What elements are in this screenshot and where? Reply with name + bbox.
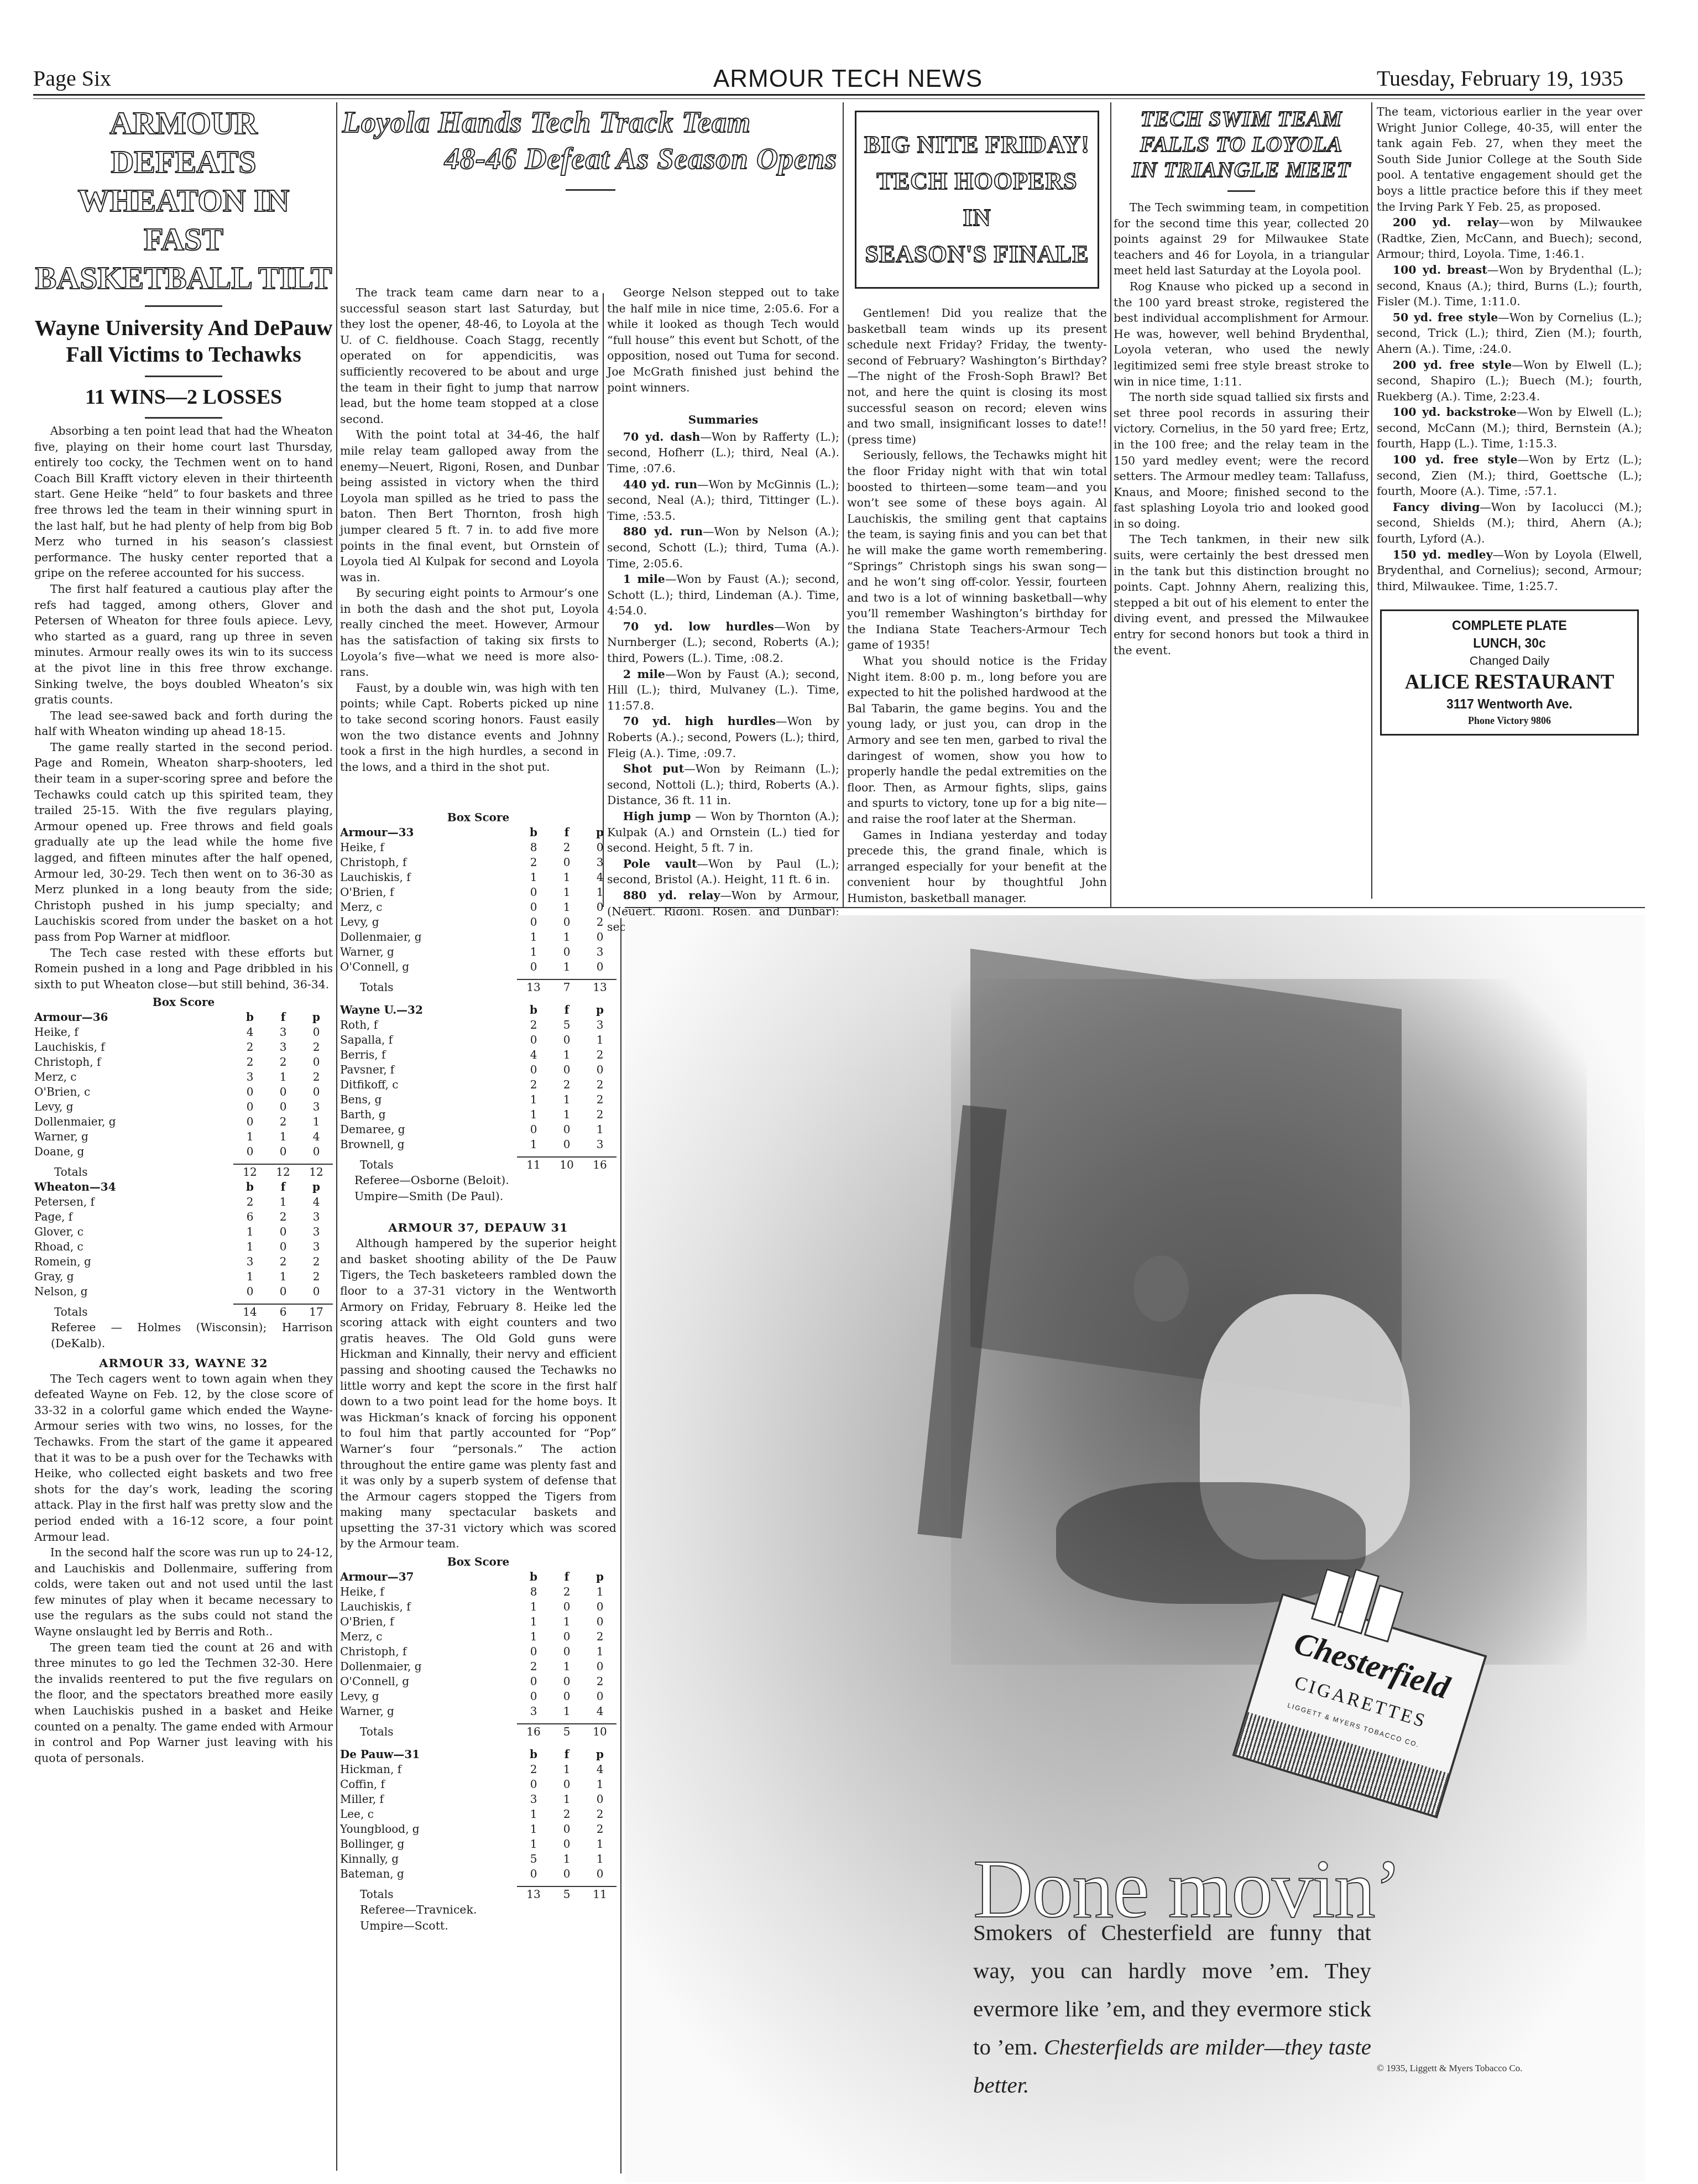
headline-line: BASKETBALL TILT (34, 259, 333, 298)
result-item: High jump — Won by Thornton (A.); Kulpak… (607, 809, 839, 856)
totals-label: Totals (340, 1157, 517, 1172)
player-name: O'Brien, f (340, 1614, 517, 1629)
paragraph: By securing eight points to Armour’s one… (340, 585, 599, 680)
player-name: Brownell, g (340, 1137, 517, 1152)
basketball-article: ARMOUR DEFEATS WHEATON IN FAST BASKETBAL… (34, 104, 333, 1766)
baskets: 0 (517, 900, 550, 915)
personal-fouls: 3 (583, 1018, 616, 1033)
personal-fouls: 1 (583, 1837, 616, 1852)
event-name: 200 yd. free style (1393, 358, 1512, 372)
player-row: Ditfikoff, c222 (340, 1077, 616, 1092)
player-row: Berris, f412 (340, 1047, 616, 1062)
divider (145, 417, 222, 419)
player-name: Christoph, f (340, 1644, 517, 1659)
personal-fouls: 0 (583, 840, 616, 855)
player-name: Petersen, f (34, 1195, 233, 1210)
player-row: Hickman, f214 (340, 1762, 616, 1777)
player-row: Lauchiskis, f232 (34, 1040, 333, 1055)
result-item: Fancy diving—Won by Iacolucci (M.); seco… (1377, 499, 1642, 547)
box-score-armour-wheaton: Armour—36 b f p Heike, f430Lauchiskis, f… (34, 1010, 333, 1320)
player-name: Heike, f (340, 840, 517, 855)
player-name: Kinnally, g (340, 1852, 517, 1867)
baskets: 1 (517, 1137, 550, 1152)
bignite-headline: BIG NITE FRIDAY! TECH HOOPERS IN SEASON'… (861, 127, 1093, 273)
free-throws: 1 (550, 1792, 583, 1807)
player-row: Merz, c102 (340, 1629, 616, 1644)
player-row: Merz, c312 (34, 1070, 333, 1085)
swim-article: TECH SWIM TEAM FALLS TO LOYOLA IN TRIANG… (1114, 104, 1369, 658)
col-header: b (233, 1180, 267, 1195)
player-name: Lauchiskis, f (340, 870, 517, 885)
personal-fouls: 2 (583, 1077, 616, 1092)
col-header: f (550, 825, 583, 840)
player-name: Merz, c (340, 1629, 517, 1644)
personal-fouls: 1 (583, 1584, 616, 1599)
baskets: 0 (517, 1122, 550, 1137)
free-throws: 0 (550, 945, 583, 960)
player-name: Doane, g (34, 1144, 233, 1159)
col-header: b (517, 825, 550, 840)
baskets: 0 (517, 1644, 550, 1659)
player-name: Levy, g (340, 915, 517, 930)
paragraph: Rog Knause who picked up a second in the… (1114, 279, 1369, 389)
result-item: 1 mile—Won by Faust (A.); second, Schott… (607, 571, 839, 619)
totals-row: Totals 14 6 17 (34, 1304, 333, 1320)
paragraph: The Tech tankmen, in their new silk suit… (1114, 531, 1369, 658)
player-name: Hickman, f (340, 1762, 517, 1777)
personal-fouls: 1 (583, 885, 616, 900)
referee: Referee—Osborne (Beloit). (340, 1172, 616, 1189)
player-row: Miller, f310 (340, 1792, 616, 1807)
total-fouls: 7 (550, 979, 583, 995)
player-name: Barth, g (340, 1107, 517, 1122)
event-name: 880 yd. relay (623, 889, 720, 902)
col-header: p (300, 1180, 333, 1195)
player-row: Lauchiskis, f114 (340, 870, 616, 885)
umpire: Umpire—Smith (De Paul). (340, 1189, 616, 1205)
ad-body: Smokers of Chesterfield are funny that w… (973, 1914, 1371, 2104)
paragraph: The north side squad tallied six firsts … (1114, 389, 1369, 531)
free-throws: 1 (550, 1704, 583, 1719)
baskets: 1 (517, 945, 550, 960)
player-name: Lauchiskis, f (340, 1599, 517, 1614)
personal-fouls: 4 (583, 1704, 616, 1719)
baskets: 3 (517, 1792, 550, 1807)
col-header: f (550, 1570, 583, 1584)
baskets: 2 (517, 855, 550, 870)
figure-legs-shape (1056, 1482, 1366, 1604)
personal-fouls: 2 (583, 1047, 616, 1062)
personal-fouls: 4 (300, 1195, 333, 1210)
player-name: Christoph, f (340, 855, 517, 870)
player-name: Roth, f (340, 1018, 517, 1033)
swim-headline: TECH SWIM TEAM FALLS TO LOYOLA IN TRIANG… (1114, 104, 1369, 183)
result-item: 70 yd. low hurdles—Won by Nurnberger (L.… (607, 619, 839, 666)
baskets: 1 (517, 1092, 550, 1107)
basketball-deck: Wayne University And DePauw Fall Victims… (34, 315, 333, 368)
totals-label: Totals (340, 979, 517, 995)
player-row: O'Connell, g010 (340, 960, 616, 974)
personal-fouls: 3 (583, 945, 616, 960)
personal-fouls: 2 (583, 1629, 616, 1644)
baskets: 2 (233, 1055, 267, 1070)
player-name: Miller, f (340, 1792, 517, 1807)
col-header: b (517, 1570, 550, 1584)
paragraph: The first half featured a cautious play … (34, 581, 333, 708)
restaurant-ad: COMPLETE PLATE LUNCH, 30c Changed Daily … (1380, 609, 1639, 736)
issue-date: Tuesday, February 19, 1935 (1377, 65, 1623, 91)
baskets: 0 (517, 1062, 550, 1077)
event-name: Shot put (623, 762, 685, 775)
player-row: Warner, g114 (34, 1129, 333, 1144)
depauw-subhead: ARMOUR 37, DEPAUW 31 (340, 1221, 616, 1234)
player-name: Merz, c (34, 1070, 233, 1085)
paragraph: Gentlemen! Did you realize that the bask… (847, 305, 1107, 447)
divider (145, 305, 222, 307)
free-throws: 0 (550, 1033, 583, 1047)
player-row: Pavsner, f000 (340, 1062, 616, 1077)
col-header: f (550, 1747, 583, 1762)
free-throws: 1 (550, 930, 583, 945)
player-name: Pavsner, f (340, 1062, 517, 1077)
baskets: 0 (233, 1284, 267, 1299)
free-throws: 0 (267, 1085, 300, 1099)
player-row: Romein, g322 (34, 1254, 333, 1269)
total-baskets: 13 (517, 1886, 550, 1902)
free-throws: 2 (267, 1254, 300, 1269)
paragraph: The green team tied the count at 26 and … (34, 1640, 333, 1766)
free-throws: 2 (267, 1114, 300, 1129)
personal-fouls: 3 (300, 1099, 333, 1114)
player-row: Merz, c010 (340, 900, 616, 915)
player-name: Romein, g (34, 1254, 233, 1269)
wayne-body: The Tech cagers went to town again when … (34, 1371, 333, 1766)
player-row: Christoph, f203 (340, 855, 616, 870)
personal-fouls: 2 (583, 1107, 616, 1122)
player-row: Heike, f821 (340, 1584, 616, 1599)
col-header: b (233, 1010, 267, 1025)
total-fouls: 5 (550, 1724, 583, 1739)
player-name: Coffin, f (340, 1777, 517, 1792)
baskets: 0 (233, 1099, 267, 1114)
paragraph: The lead see-sawed back and forth during… (34, 708, 333, 739)
free-throws: 0 (550, 1867, 583, 1881)
total-personals: 12 (300, 1164, 333, 1180)
free-throws: 2 (267, 1210, 300, 1224)
team-header: De Pauw—31 (340, 1747, 517, 1762)
player-row: Bollinger, g101 (340, 1837, 616, 1852)
baskets: 0 (233, 1114, 267, 1129)
baskets: 0 (517, 885, 550, 900)
player-name: Dollenmaier, g (34, 1114, 233, 1129)
total-personals: 10 (583, 1724, 616, 1739)
free-throws: 2 (550, 840, 583, 855)
player-name: Warner, g (340, 1704, 517, 1719)
ad-copyright: © 1935, Liggett & Myers Tobacco Co. (1377, 2063, 1523, 2074)
headline-line: IN TRIANGLE MEET (1114, 157, 1369, 183)
personal-fouls: 0 (583, 1062, 616, 1077)
headline-line: TECH HOOPERS IN (861, 163, 1093, 236)
player-name: Rhoad, c (34, 1239, 233, 1254)
personal-fouls: 2 (583, 1092, 616, 1107)
track-headline-1: Loyola Hands Tech Track Team (340, 104, 840, 140)
event-name: 50 yd. free style (1393, 311, 1498, 324)
personal-fouls: 0 (300, 1055, 333, 1070)
player-row: Christoph, f220 (34, 1055, 333, 1070)
baskets: 8 (517, 840, 550, 855)
baskets: 2 (517, 1018, 550, 1033)
baskets: 1 (517, 1807, 550, 1822)
player-row: Gray, g112 (34, 1269, 333, 1284)
box-score-title: Box Score (340, 1555, 616, 1568)
free-throws: 2 (267, 1055, 300, 1070)
personal-fouls: 1 (583, 1122, 616, 1137)
free-throws: 0 (550, 1599, 583, 1614)
free-throws: 1 (550, 900, 583, 915)
free-throws: 1 (267, 1269, 300, 1284)
free-throws: 2 (550, 1077, 583, 1092)
free-throws: 3 (267, 1040, 300, 1055)
event-name: 70 yd. low hurdles (623, 620, 774, 633)
player-row: Brownell, g103 (340, 1137, 616, 1152)
paragraph: The track team came darn near to a succe… (340, 285, 599, 427)
restaurant-address: 3117 Wentworth Ave. (1385, 695, 1634, 713)
baskets: 1 (517, 870, 550, 885)
personal-fouls: 0 (583, 1599, 616, 1614)
baskets: 1 (517, 1837, 550, 1852)
result-item: 150 yd. medley—Won by Loyola (Elwell, Br… (1377, 547, 1642, 595)
ad-line: Changed Daily (1385, 652, 1634, 670)
free-throws: 0 (550, 1644, 583, 1659)
baskets: 5 (517, 1852, 550, 1867)
player-name: Bens, g (340, 1092, 517, 1107)
personal-fouls: 2 (583, 1807, 616, 1822)
totals-row: Totals 16 5 10 (340, 1724, 616, 1739)
officials: Referee — Holmes (Wisconsin); Harrison (… (34, 1320, 333, 1351)
event-name: 880 yd. run (623, 525, 703, 538)
personal-fouls: 3 (300, 1224, 333, 1239)
personal-fouls: 2 (583, 915, 616, 930)
total-personals: 16 (583, 1157, 616, 1172)
total-personals: 17 (300, 1304, 333, 1320)
player-row: Page, f623 (34, 1210, 333, 1224)
personal-fouls: 0 (583, 1867, 616, 1881)
personal-fouls: 4 (300, 1129, 333, 1144)
result-item: 100 yd. free style—Won by Ertz (L.); sec… (1377, 452, 1642, 499)
player-row: Demaree, g001 (340, 1122, 616, 1137)
personal-fouls: 4 (583, 1762, 616, 1777)
free-throws: 1 (550, 1852, 583, 1867)
total-baskets: 12 (233, 1164, 267, 1180)
free-throws: 1 (550, 885, 583, 900)
wayne-subhead: ARMOUR 33, WAYNE 32 (34, 1356, 333, 1370)
headline-line: BIG NITE FRIDAY! (861, 127, 1093, 163)
totals-label: Totals (340, 1886, 517, 1902)
paragraph: Seriously, fellows, the Techawks might h… (847, 447, 1107, 653)
event-name: 100 yd. free style (1393, 453, 1518, 466)
bignite-headline-box: BIG NITE FRIDAY! TECH HOOPERS IN SEASON'… (855, 111, 1099, 289)
result-item: 880 yd. run—Won by Nelson (A.); second, … (607, 524, 839, 571)
col-header: p (583, 1747, 616, 1762)
baskets: 2 (233, 1195, 267, 1210)
restaurant-name: ALICE RESTAURANT (1385, 670, 1634, 695)
paragraph: With the point total at 34-46, the half … (340, 427, 599, 585)
paragraph: Faust, by a double win, was high with te… (340, 680, 599, 775)
swim-results: The team, victorious earlier in the year… (1377, 104, 1642, 736)
free-throws: 3 (267, 1025, 300, 1040)
personal-fouls: 2 (300, 1070, 333, 1085)
free-throws: 0 (267, 1239, 300, 1254)
player-name: O'Brien, c (34, 1085, 233, 1099)
baskets: 1 (517, 1614, 550, 1629)
player-name: O'Connell, g (340, 1674, 517, 1689)
player-row: Doane, g000 (34, 1144, 333, 1159)
baskets: 0 (517, 1777, 550, 1792)
player-name: Berris, f (340, 1047, 517, 1062)
player-name: Gray, g (34, 1269, 233, 1284)
total-personals: 11 (583, 1886, 616, 1902)
free-throws: 0 (550, 915, 583, 930)
personal-fouls: 0 (583, 1792, 616, 1807)
player-name: O'Brien, f (340, 885, 517, 900)
personal-fouls: 1 (583, 1644, 616, 1659)
team-header: Armour—37 (340, 1570, 517, 1584)
player-name: Lauchiskis, f (34, 1040, 233, 1055)
result-item: 50 yd. free style—Won by Cornelius (L.);… (1377, 310, 1642, 357)
baskets: 3 (517, 1704, 550, 1719)
event-name: 70 yd. dash (623, 430, 701, 444)
event-name: 100 yd. backstroke (1393, 405, 1517, 419)
free-throws: 0 (267, 1099, 300, 1114)
wayne-box-score: Box Score Armour—33 b f p Heike, f820Chr… (340, 807, 616, 1933)
baskets: 1 (517, 1107, 550, 1122)
basketball-headline: ARMOUR DEFEATS WHEATON IN FAST BASKETBAL… (34, 104, 333, 298)
player-row: Levy, g003 (34, 1099, 333, 1114)
personal-fouls: 1 (583, 1033, 616, 1047)
paragraph: What you should notice is the Friday Nig… (847, 653, 1107, 827)
baskets: 3 (233, 1254, 267, 1269)
box-score-armour-wayne: Armour—33 b f p Heike, f820Christoph, f2… (340, 825, 616, 1172)
col-header: b (517, 1747, 550, 1762)
headline-line: SEASON'S FINALE (861, 236, 1093, 273)
baskets: 1 (517, 1629, 550, 1644)
restaurant-phone: Phone Victory 9806 (1385, 713, 1634, 728)
free-throws: 0 (550, 1674, 583, 1689)
player-name: Youngblood, g (340, 1822, 517, 1837)
total-baskets: 11 (517, 1157, 550, 1172)
player-name: Sapalla, f (340, 1033, 517, 1047)
free-throws: 0 (550, 1062, 583, 1077)
col-header: p (300, 1010, 333, 1025)
box-score-title: Box Score (340, 811, 616, 824)
total-fouls: 5 (550, 1886, 583, 1902)
bignite-body: Gentlemen! Did you realize that the bask… (847, 305, 1107, 906)
player-row: Rhoad, c103 (34, 1239, 333, 1254)
total-fouls: 6 (267, 1304, 300, 1320)
player-name: Demaree, g (340, 1122, 517, 1137)
player-row: O'Brien, f110 (340, 1614, 616, 1629)
player-row: Heike, f820 (340, 840, 616, 855)
event-name: 150 yd. medley (1393, 548, 1493, 561)
free-throws: 0 (550, 1137, 583, 1152)
free-throws: 1 (550, 1047, 583, 1062)
swim-results-list: 200 yd. relay—won by Milwaukee (Radtke, … (1377, 215, 1642, 594)
result-item: 100 yd. backstroke—Won by Elwell (L.); s… (1377, 404, 1642, 452)
event-name: High jump (623, 810, 691, 823)
player-row: Kinnally, g511 (340, 1852, 616, 1867)
personal-fouls: 0 (583, 1659, 616, 1674)
baskets: 2 (517, 1659, 550, 1674)
track-body-left: The track team came darn near to a succe… (340, 285, 599, 775)
paragraph: The Tech swimming team, in competition f… (1114, 200, 1369, 279)
box-score-title: Box Score (34, 995, 333, 1009)
player-name: Dollenmaier, g (340, 1659, 517, 1674)
event-name: 200 yd. relay (1393, 216, 1499, 229)
col-header: p (583, 825, 616, 840)
personal-fouls: 3 (583, 855, 616, 870)
free-throws: 1 (267, 1070, 300, 1085)
personal-fouls: 1 (583, 1852, 616, 1867)
player-row: Levy, g000 (340, 1689, 616, 1704)
personal-fouls: 0 (300, 1284, 333, 1299)
total-baskets: 16 (517, 1724, 550, 1739)
player-row: Heike, f430 (34, 1025, 333, 1040)
baskets: 0 (517, 1674, 550, 1689)
personal-fouls: 3 (300, 1210, 333, 1224)
summaries-title: Summaries (607, 412, 839, 428)
player-name: Page, f (34, 1210, 233, 1224)
track-headline-2: 48-46 Defeat As Season Opens (340, 140, 840, 177)
event-name: Pole vault (623, 857, 697, 871)
swim-body: The Tech swimming team, in competition f… (1114, 200, 1369, 658)
track-body-right: George Nelson stepped out to take the ha… (607, 285, 839, 935)
free-throws: 0 (267, 1144, 300, 1159)
personal-fouls: 2 (583, 1822, 616, 1837)
headline-line: ARMOUR DEFEATS (34, 104, 333, 181)
free-throws: 0 (550, 1629, 583, 1644)
totals-row: Totals 12 12 12 (34, 1164, 333, 1180)
baskets: 2 (233, 1040, 267, 1055)
player-name: Warner, g (340, 945, 517, 960)
baskets: 0 (233, 1085, 267, 1099)
player-name: Levy, g (34, 1099, 233, 1114)
result-item: 70 yd. dash—Won by Rafferty (L.); second… (607, 429, 839, 477)
personal-fouls: 0 (583, 1689, 616, 1704)
total-fouls: 10 (550, 1157, 583, 1172)
event-name: 2 mile (623, 668, 665, 681)
total-fouls: 12 (267, 1164, 300, 1180)
ad-line: LUNCH, 30c (1385, 634, 1634, 652)
col-header: p (583, 1570, 616, 1584)
referee: Referee—Travnicek. (340, 1902, 616, 1918)
team-header: Wayne U.—32 (340, 1003, 517, 1018)
result-item: Shot put—Won by Reimann (L.); second, No… (607, 761, 839, 809)
personal-fouls: 0 (583, 1614, 616, 1629)
personal-fouls: 1 (583, 1777, 616, 1792)
col-header: b (517, 1003, 550, 1018)
player-name: Heike, f (340, 1584, 517, 1599)
personal-fouls: 2 (300, 1254, 333, 1269)
baskets: 1 (517, 1599, 550, 1614)
baskets: 1 (233, 1239, 267, 1254)
player-row: Lauchiskis, f100 (340, 1599, 616, 1614)
track-article: Loyola Hands Tech Track Team 48-46 Defea… (340, 104, 840, 204)
personal-fouls: 0 (583, 900, 616, 915)
paragraph: The Tech case rested with these efforts … (34, 945, 333, 993)
player-row: O'Connell, g002 (340, 1674, 616, 1689)
personal-fouls: 0 (300, 1085, 333, 1099)
player-name: Nelson, g (34, 1284, 233, 1299)
